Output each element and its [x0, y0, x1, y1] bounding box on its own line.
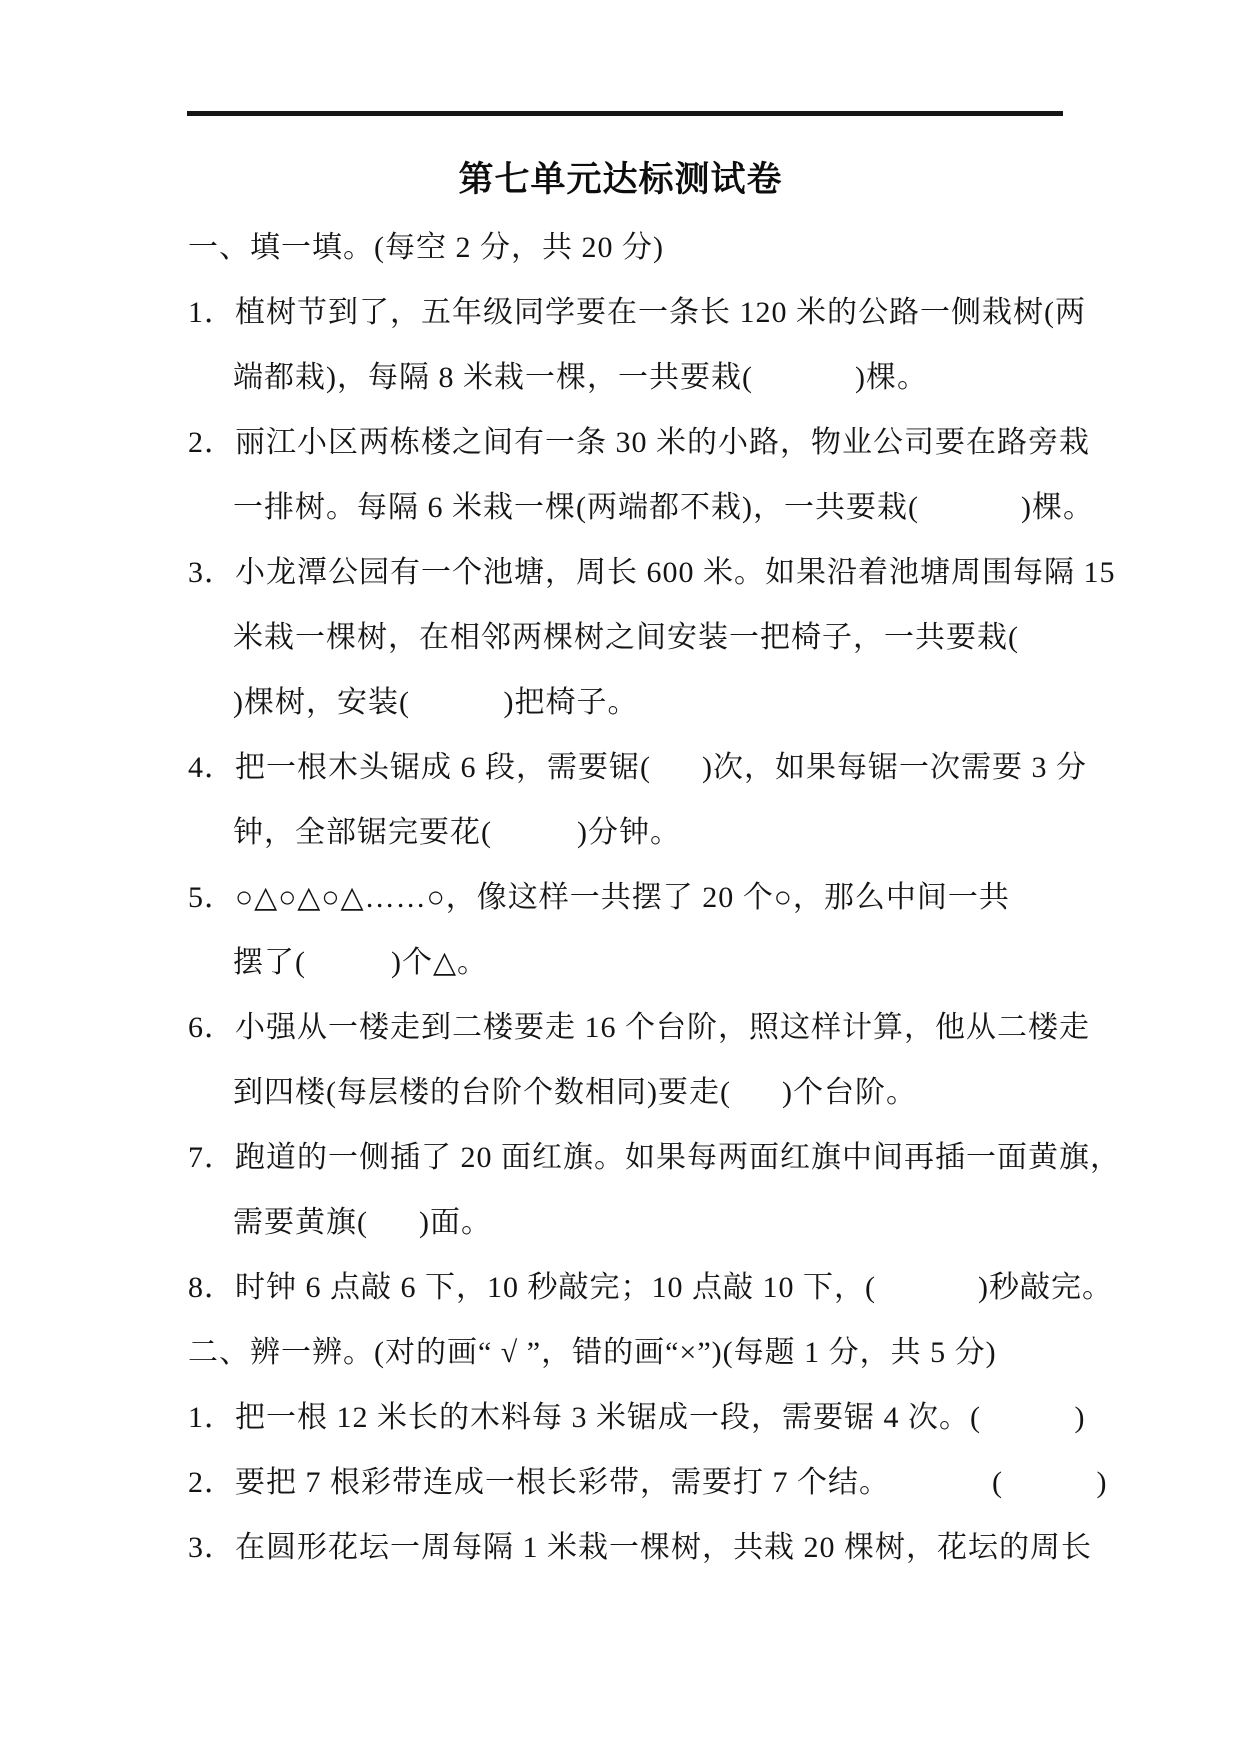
s2-q1-line-1: 1．把一根 12 米长的木料每 3 米锯成一段，需要锯 4 次。( ) [0, 1385, 1241, 1450]
header-rule [187, 111, 1063, 116]
s1-q3-line-3: )棵树，安装( )把椅子。 [0, 670, 1241, 735]
exam-title: 第七单元达标测试卷 [0, 158, 1241, 202]
exam-page: 第七单元达标测试卷 一、填一填。(每空 2 分，共 20 分) 1．植树节到了，… [0, 0, 1241, 1754]
s1-q3-line-1: 3．小龙潭公园有一个池塘，周长 600 米。如果沿着池塘周围每隔 15 [0, 540, 1241, 605]
s1-q1-line-2: 端都栽)，每隔 8 米栽一棵，一共要栽( )棵。 [0, 345, 1241, 410]
s2-q3-line-1: 3．在圆形花坛一周每隔 1 米栽一棵树，共栽 20 棵树，花坛的周长 [0, 1515, 1241, 1580]
exam-body: 一、填一填。(每空 2 分，共 20 分) 1．植树节到了，五年级同学要在一条长… [0, 215, 1241, 1580]
s1-q7-line-2: 需要黄旗( )面。 [0, 1190, 1241, 1255]
s1-q1-line-1: 1．植树节到了，五年级同学要在一条长 120 米的公路一侧栽树(两 [0, 280, 1241, 345]
s1-q6-line-1: 6．小强从一楼走到二楼要走 16 个台阶，照这样计算，他从二楼走 [0, 995, 1241, 1060]
s1-q4-line-1: 4．把一根木头锯成 6 段，需要锯( )次，如果每锯一次需要 3 分 [0, 735, 1241, 800]
s1-q5-line-2: 摆了( )个△。 [0, 930, 1241, 995]
s1-q6-line-2: 到四楼(每层楼的台阶个数相同)要走( )个台阶。 [0, 1060, 1241, 1125]
s1-q8-line-1: 8．时钟 6 点敲 6 下，10 秒敲完；10 点敲 10 下，( )秒敲完。 [0, 1255, 1241, 1320]
s2-q2-line-1: 2．要把 7 根彩带连成一根长彩带，需要打 7 个结。 ( ) [0, 1450, 1241, 1515]
s1-q2-line-1: 2．丽江小区两栋楼之间有一条 30 米的小路，物业公司要在路旁栽 [0, 410, 1241, 475]
s1-q4-line-2: 钟，全部锯完要花( )分钟。 [0, 800, 1241, 865]
s1-q2-line-2: 一排树。每隔 6 米栽一棵(两端都不栽)，一共要栽( )棵。 [0, 475, 1241, 540]
s1-q5-line-1: 5．○△○△○△……○，像这样一共摆了 20 个○，那么中间一共 [0, 865, 1241, 930]
s1-q3-line-2: 米栽一棵树，在相邻两棵树之间安装一把椅子，一共要栽( [0, 605, 1241, 670]
section-2-heading: 二、辨一辨。(对的画“ √ ”，错的画“×”)(每题 1 分，共 5 分) [0, 1320, 1241, 1385]
section-1-heading: 一、填一填。(每空 2 分，共 20 分) [0, 215, 1241, 280]
s1-q7-line-1: 7．跑道的一侧插了 20 面红旗。如果每两面红旗中间再插一面黄旗， [0, 1125, 1241, 1190]
